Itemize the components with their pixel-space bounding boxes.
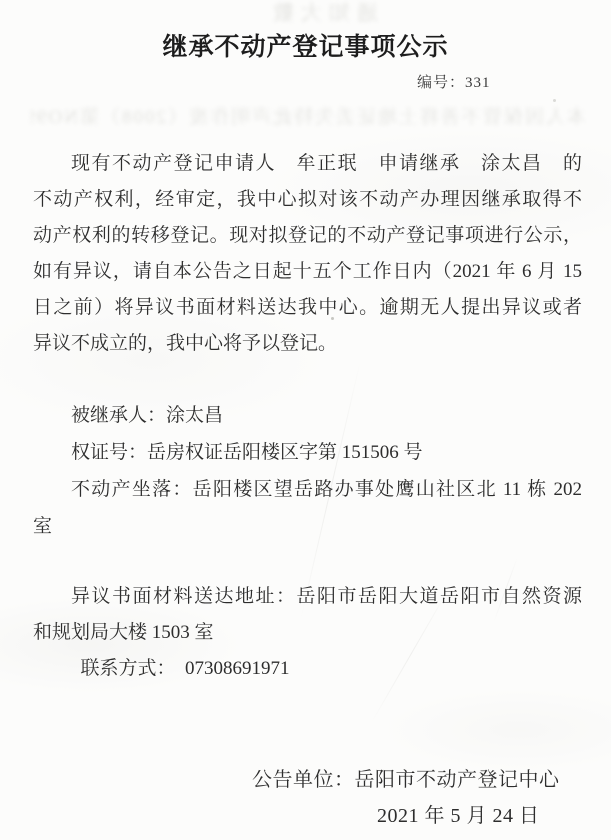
page-title: 继承不动产登记事项公示	[0, 27, 611, 63]
decedent-line: 被继承人：涂太昌	[33, 397, 582, 434]
bleedthrough-text-line: 本人因保管不善将土地证丢失特此声明作废（2008）第NO99号	[30, 102, 586, 129]
certificate-number-line: 权证号：岳房权证岳阳楼区字第 151506 号	[33, 434, 582, 471]
objection-contact-block: 异议书面材料送达地址：岳阳市岳阳大道岳阳市自然资源 和规划局大楼 1503 室 …	[33, 579, 582, 687]
paragraph-line: 日之前）将异议书面材料送达我中心。逾期无人提出异议或者	[33, 290, 582, 326]
estate-details-block: 被继承人：涂太昌 权证号：岳房权证岳阳楼区字第 151506 号 不动产坐落：岳…	[33, 397, 582, 545]
objection-address-continuation: 和规划局大楼 1503 室	[33, 615, 582, 651]
scanned-notice-document: 通知大數 本人因保管不善将土地证丢失特此声明作废（2008）第NO99号 继承不…	[0, 0, 611, 840]
bleedthrough-text-top: 通知大數	[248, 0, 378, 27]
paragraph-line-last: 异议不成立的，我中心将予以登记。	[33, 326, 582, 362]
objection-address-line: 异议书面材料送达地址：岳阳市岳阳大道岳阳市自然资源	[33, 579, 582, 615]
paragraph-line-applicant: 现有不动产登记申请人 牟正珉 申请继承 涂太昌 的	[33, 146, 582, 182]
contact-phone-line: 联系方式： 07308691971	[33, 651, 582, 687]
doc-number: 编号：331	[417, 71, 491, 92]
property-location-continuation: 室	[33, 508, 582, 545]
paragraph-line: 不动产权利，经审定，我中心拟对该不动产办理因继承取得不	[33, 182, 582, 218]
scan-speck	[553, 99, 556, 102]
issue-date-line: 2021 年 5 月 24 日	[377, 799, 540, 828]
property-location-line: 不动产坐落：岳阳楼区望岳路办事处鹰山社区北 11 栋 202	[33, 471, 582, 508]
paragraph-line: 动产权利的转移登记。现对拟登记的不动产登记事项进行公示，	[33, 218, 582, 254]
issuing-unit-line: 公告单位：岳阳市不动产登记中心	[252, 763, 560, 792]
paragraph-line-deadline: 如有异议，请自本公告之日起十五个工作日内（2021 年 6 月 15	[33, 254, 582, 290]
notice-body-paragraph: 现有不动产登记申请人 牟正珉 申请继承 涂太昌 的 不动产权利，经审定，我中心拟…	[33, 146, 582, 362]
